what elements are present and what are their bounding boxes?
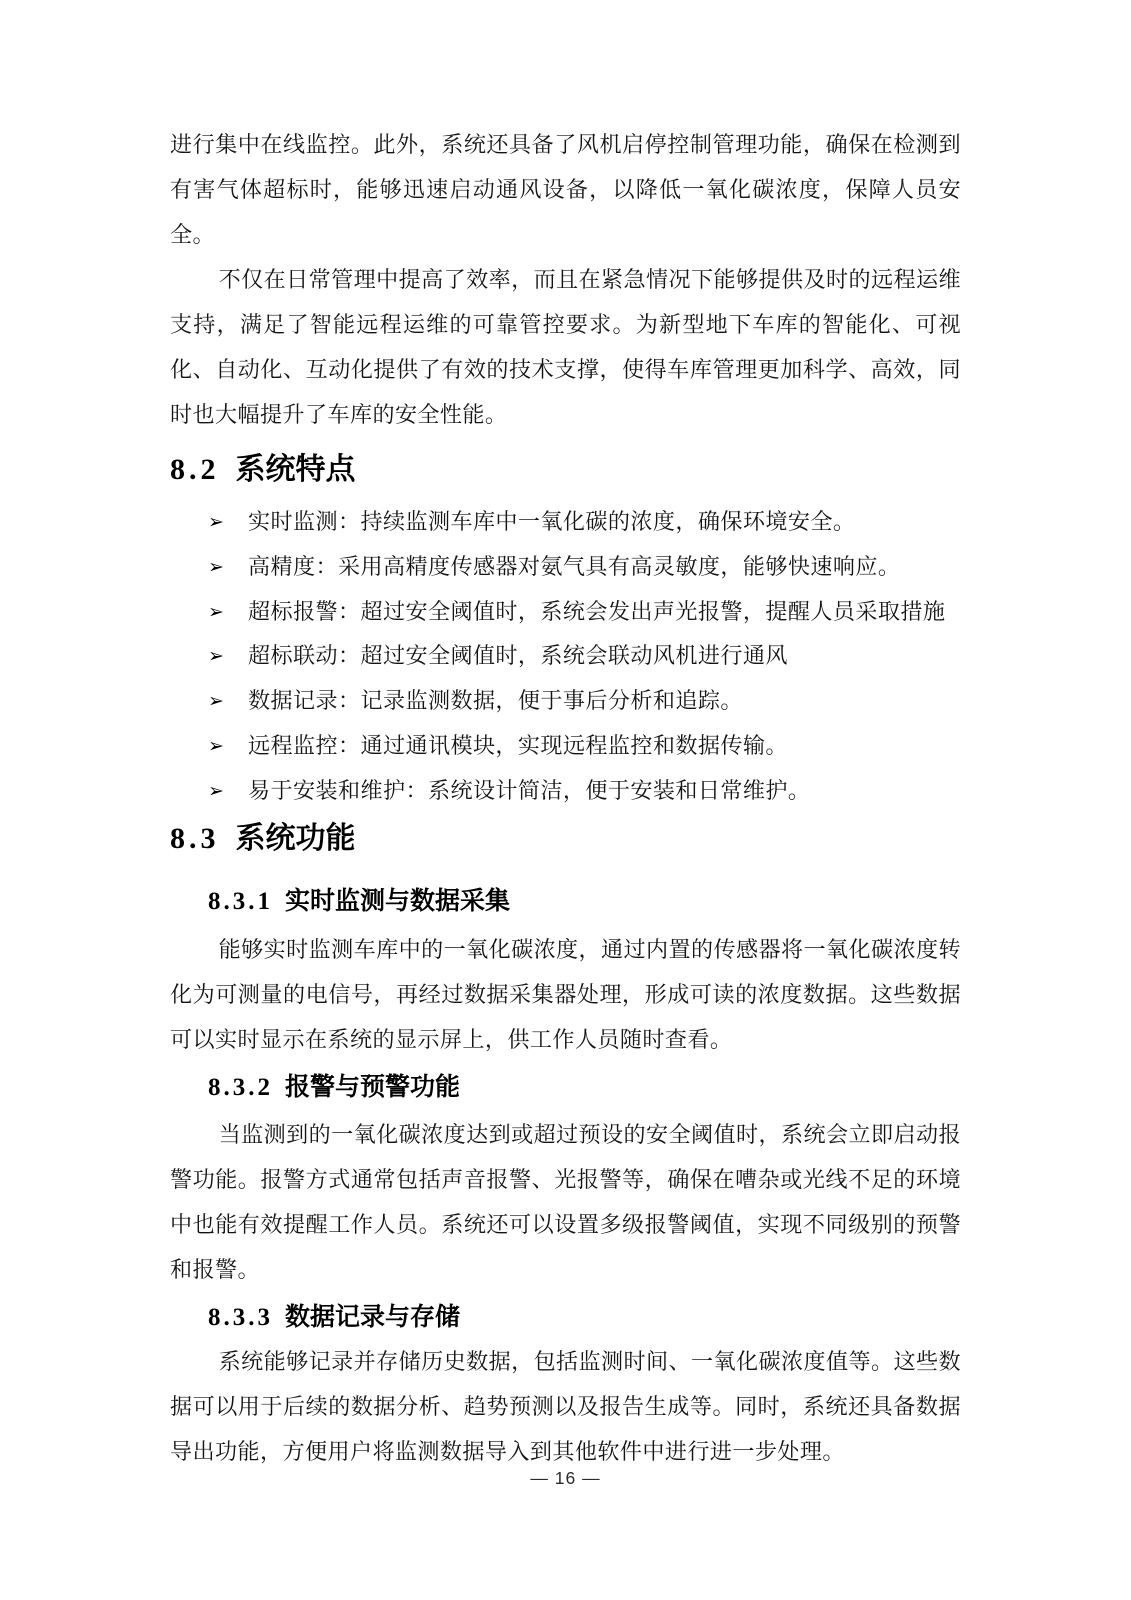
arrowhead-bullet-icon: ➢ bbox=[208, 546, 224, 591]
arrowhead-bullet-icon: ➢ bbox=[208, 725, 224, 770]
intro-paragraph-2: 不仅在日常管理中提高了效率，而且在紧急情况下能够提供及时的远程运维支持，满足了智… bbox=[170, 257, 961, 437]
subsection-heading-8-3-3: 8.3.3数据记录与存储 bbox=[208, 1300, 961, 1336]
page-number: — 16 — bbox=[0, 1468, 1131, 1489]
list-item-text: 超标报警：超过安全阈值时，系统会发出声光报警，提醒人员采取措施 bbox=[248, 599, 945, 624]
arrowhead-bullet-icon: ➢ bbox=[208, 591, 224, 636]
document-content: 进行集中在线监控。此外，系统还具备了风机启停控制管理功能，确保在检测到有害气体超… bbox=[170, 0, 961, 1474]
subsection-number: 8.3.3 bbox=[208, 1304, 273, 1331]
list-item-text: 数据记录：记录监测数据，便于事后分析和追踪。 bbox=[248, 688, 743, 713]
list-item: ➢高精度：采用高精度传感器对氨气具有高灵敏度，能够快速响应。 bbox=[170, 545, 961, 590]
intro-paragraph-1: 进行集中在线监控。此外，系统还具备了风机启停控制管理功能，确保在检测到有害气体超… bbox=[170, 122, 961, 257]
subsection-body-8-3-3: 系统能够记录并存储历史数据，包括监测时间、一氧化碳浓度值等。这些数据可以用于后续… bbox=[170, 1339, 961, 1474]
arrowhead-bullet-icon: ➢ bbox=[208, 635, 224, 680]
list-item: ➢远程监控：通过通讯模块，实现远程监控和数据传输。 bbox=[170, 724, 961, 769]
list-item-text: 远程监控：通过通讯模块，实现远程监控和数据传输。 bbox=[248, 733, 788, 758]
subsection-body-8-3-2: 当监测到的一氧化碳浓度达到或超过预设的安全阈值时，系统会立即启动报警功能。报警方… bbox=[170, 1112, 961, 1292]
section-title: 系统功能 bbox=[236, 822, 356, 855]
list-item: ➢数据记录：记录监测数据，便于事后分析和追踪。 bbox=[170, 679, 961, 724]
list-item: ➢超标报警：超过安全阈值时，系统会发出声光报警，提醒人员采取措施 bbox=[170, 590, 961, 635]
section-number: 8.2 bbox=[170, 453, 220, 486]
section-number: 8.3 bbox=[170, 822, 220, 855]
section-title: 系统特点 bbox=[236, 453, 356, 486]
list-item: ➢实时监测：持续监测车库中一氧化碳的浓度，确保环境安全。 bbox=[170, 500, 961, 545]
arrowhead-bullet-icon: ➢ bbox=[208, 680, 224, 725]
section-heading-8-2: 8.2系统特点 bbox=[170, 449, 961, 491]
feature-list: ➢实时监测：持续监测车库中一氧化碳的浓度，确保环境安全。 ➢高精度：采用高精度传… bbox=[170, 500, 961, 814]
subsection-heading-8-3-1: 8.3.1实时监测与数据采集 bbox=[208, 884, 961, 920]
list-item-text: 高精度：采用高精度传感器对氨气具有高灵敏度，能够快速响应。 bbox=[248, 554, 900, 579]
document-page: 进行集中在线监控。此外，系统还具备了风机启停控制管理功能，确保在检测到有害气体超… bbox=[0, 0, 1131, 1600]
subsection-body-8-3-1: 能够实时监测车库中的一氧化碳浓度，通过内置的传感器将一氧化碳浓度转化为可测量的电… bbox=[170, 927, 961, 1062]
subsection-title: 报警与预警功能 bbox=[285, 1074, 460, 1101]
list-item-text: 实时监测：持续监测车库中一氧化碳的浓度，确保环境安全。 bbox=[248, 509, 855, 534]
list-item-text: 超标联动：超过安全阈值时，系统会联动风机进行通风 bbox=[248, 643, 788, 668]
list-item: ➢易于安装和维护：系统设计简洁，便于安装和日常维护。 bbox=[170, 769, 961, 814]
list-item: ➢超标联动：超过安全阈值时，系统会联动风机进行通风 bbox=[170, 634, 961, 679]
subsection-number: 8.3.2 bbox=[208, 1074, 273, 1101]
section-heading-8-3: 8.3系统功能 bbox=[170, 818, 961, 860]
list-item-text: 易于安装和维护：系统设计简洁，便于安装和日常维护。 bbox=[248, 778, 810, 803]
subsection-heading-8-3-2: 8.3.2报警与预警功能 bbox=[208, 1070, 961, 1106]
subsection-title: 实时监测与数据采集 bbox=[285, 888, 510, 915]
subsection-number: 8.3.1 bbox=[208, 888, 273, 915]
arrowhead-bullet-icon: ➢ bbox=[208, 770, 224, 815]
arrowhead-bullet-icon: ➢ bbox=[208, 501, 224, 546]
subsection-title: 数据记录与存储 bbox=[285, 1304, 460, 1331]
